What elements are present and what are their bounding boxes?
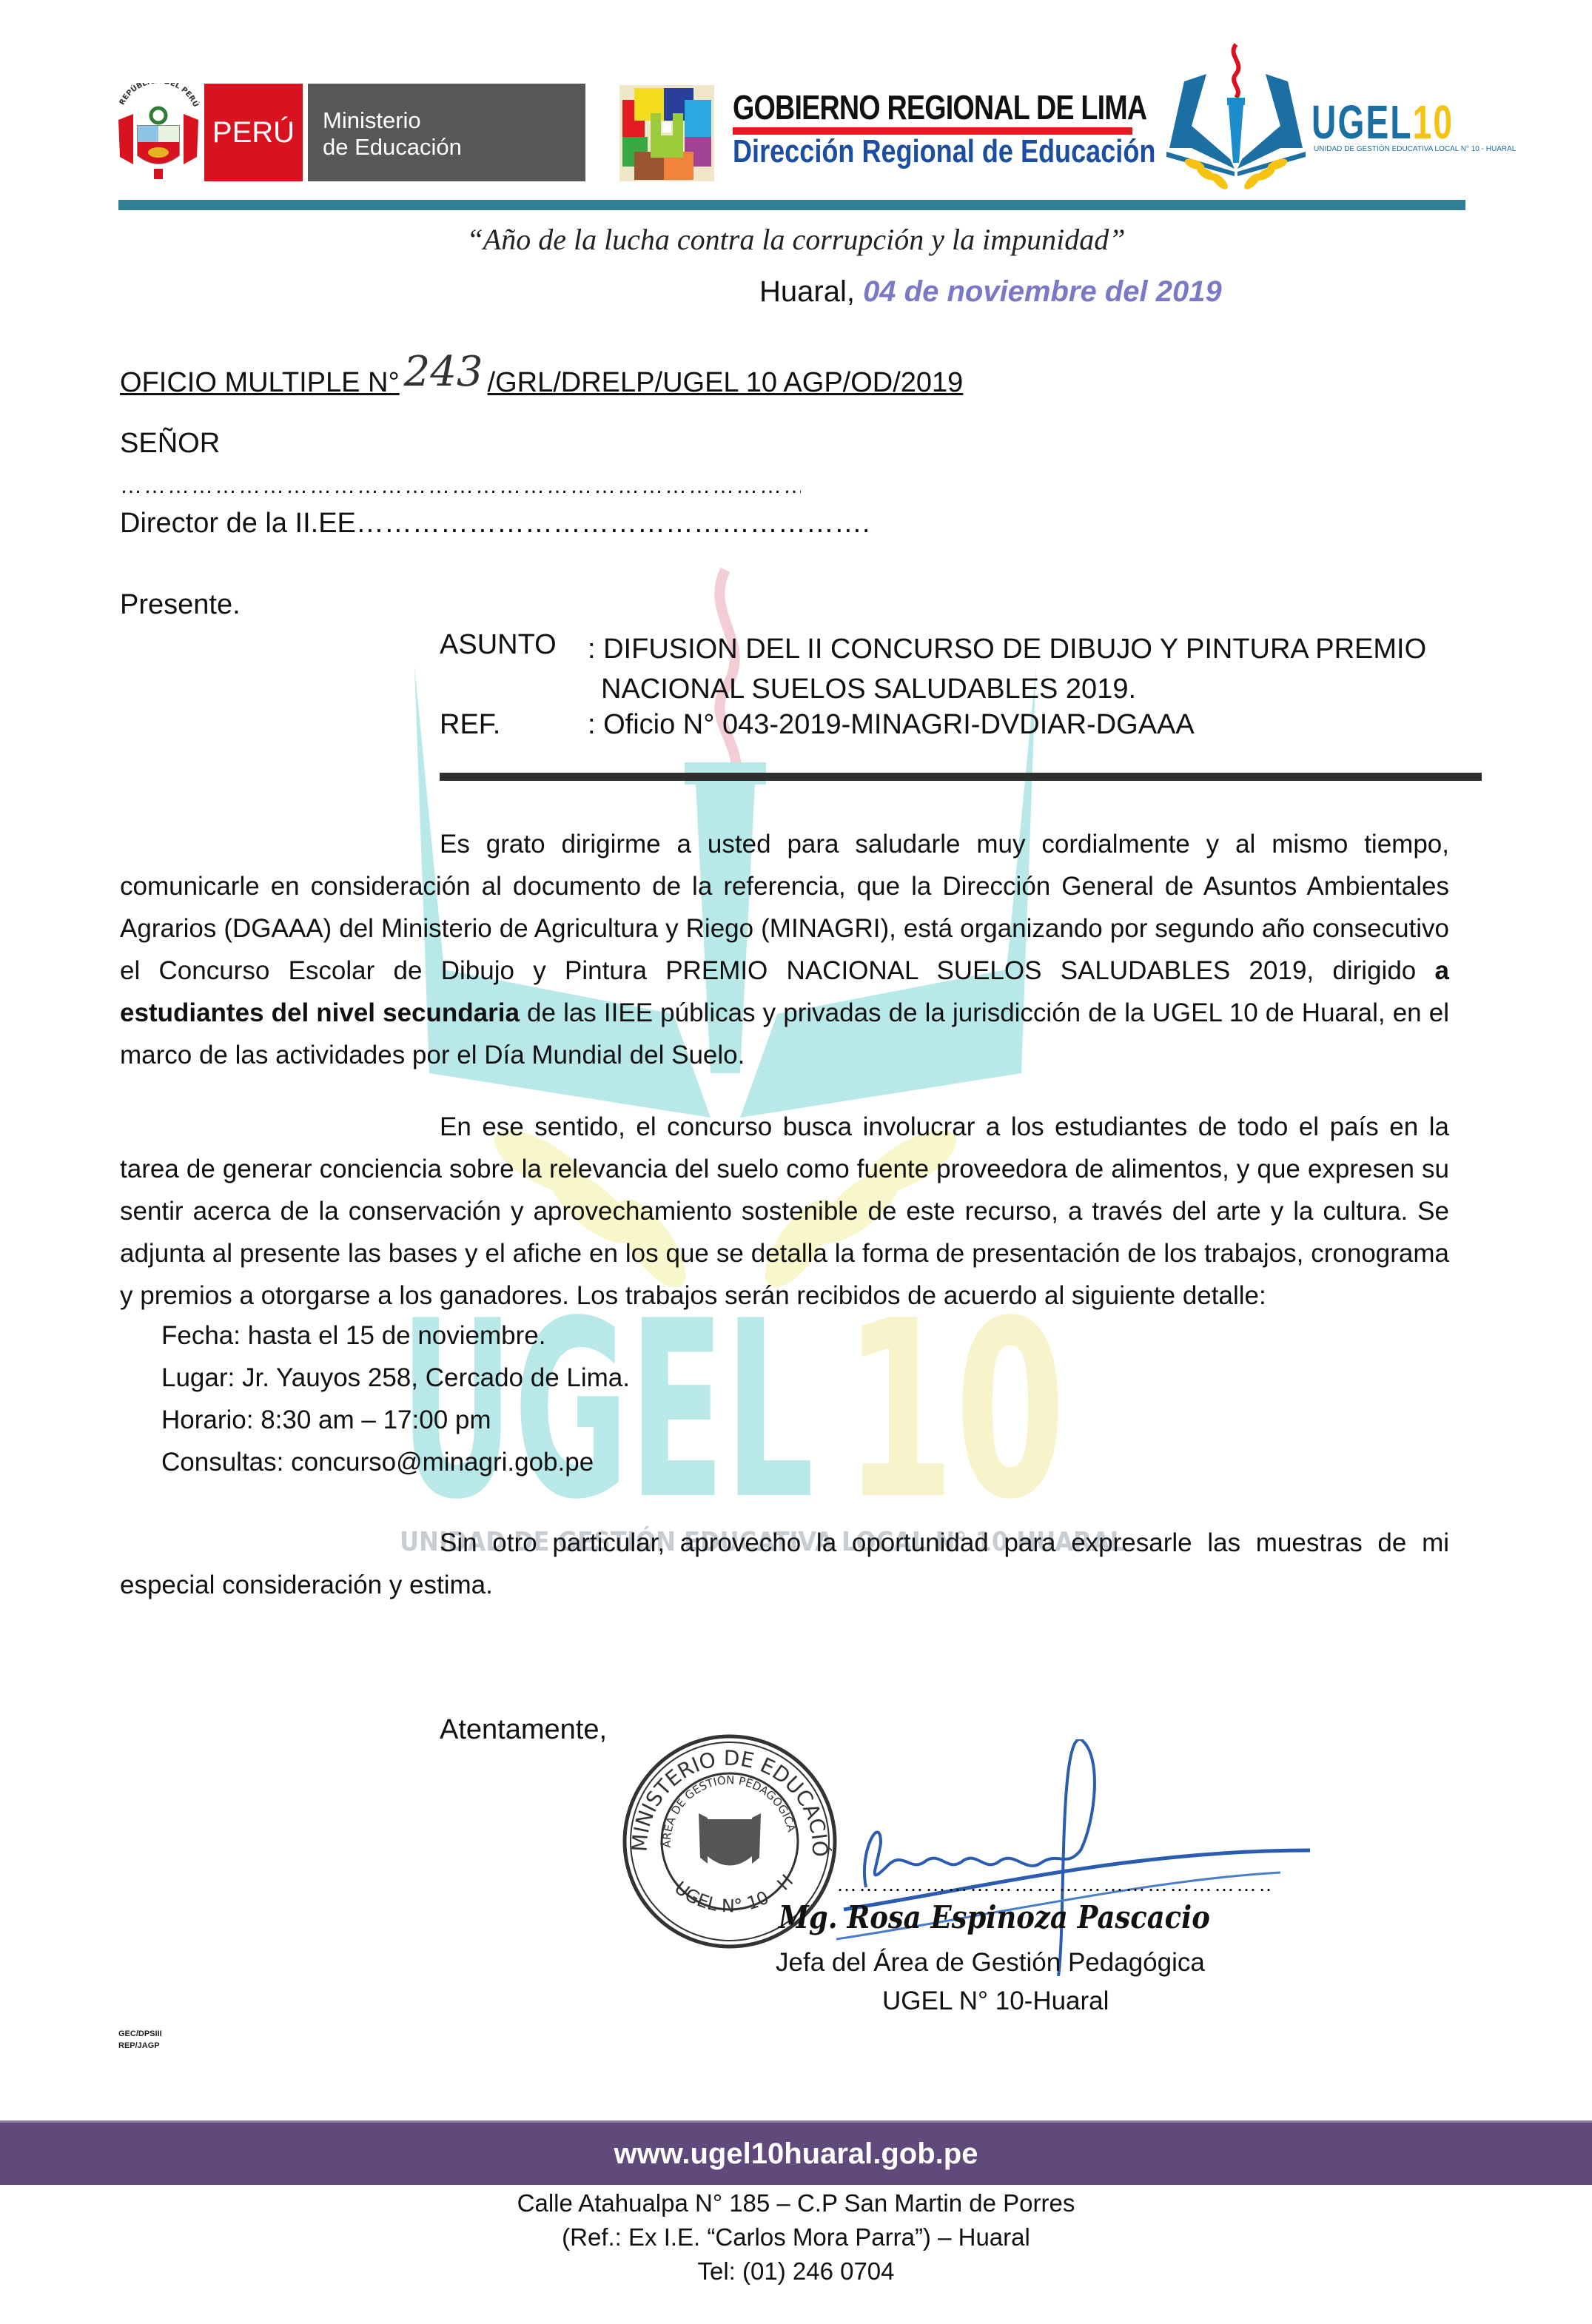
date-place: Huaral, bbox=[759, 275, 863, 308]
regional-government-logo-icon bbox=[618, 84, 716, 183]
svg-text:REPÚBLICA DEL PERÚ: REPÚBLICA DEL PERÚ bbox=[118, 83, 201, 109]
ministry-line1: Ministerio bbox=[323, 107, 585, 134]
handwritten-oficio-number: 243 bbox=[404, 348, 483, 396]
ministry-brand-box: Ministerio de Educación bbox=[308, 84, 585, 181]
footer-phone: Tel: (01) 246 0704 bbox=[0, 2257, 1592, 2286]
footer-address: Calle Atahualpa N° 185 – C.P San Martin … bbox=[0, 2189, 1592, 2217]
submission-details: Fecha: hasta el 15 de noviembre. Lugar: … bbox=[161, 1314, 630, 1483]
body-paragraph-1: Es grato dirigirme a usted para saludarl… bbox=[120, 823, 1449, 1076]
presente-label: Presente. bbox=[120, 589, 241, 621]
header-divider bbox=[118, 200, 1465, 210]
ministry-line2: de Educación bbox=[323, 134, 585, 161]
reference-initials: GEC/DPSIII REP/JAGP bbox=[118, 2028, 162, 2052]
contact-email[interactable]: concurso@minagri.gob.pe bbox=[283, 1448, 594, 1477]
ref-label: REF. bbox=[440, 709, 500, 741]
date-day: 04 de noviembre del 2019 bbox=[863, 275, 1222, 308]
document-date: Huaral, 04 de noviembre del 2019 bbox=[759, 275, 1222, 309]
signature-line: ………………………………………………………………… bbox=[836, 1873, 1273, 1896]
body-paragraph-2: En ese sentido, el concurso busca involu… bbox=[120, 1106, 1449, 1317]
year-motto: “Año de la lucha contra la corrupción y … bbox=[0, 222, 1592, 257]
salutation: SEÑOR bbox=[120, 428, 220, 460]
detail-consultas: Consultas: concurso@minagri.gob.pe bbox=[161, 1441, 630, 1483]
addressee-blank-line: ……………………………………………………………………………… bbox=[120, 474, 801, 499]
peru-brand-box: PERÚ bbox=[204, 84, 303, 181]
footer-reference: (Ref.: Ex I.E. “Carlos Mora Parra”) – Hu… bbox=[0, 2223, 1592, 2251]
ref-value: : Oficio N° 043-2019-MINAGRI-DVDIAR-DGAA… bbox=[588, 709, 1195, 741]
signer-organization: UGEL N° 10-Huaral bbox=[882, 1987, 1109, 2016]
body-paragraph-3: Sin otro particular, aprovecho la oportu… bbox=[120, 1522, 1449, 1606]
oficio-number-line: OFICIO MULTIPLE N°243/GRL/DRELP/UGEL 10 … bbox=[120, 354, 963, 402]
ugel-book-torch-logo-icon bbox=[1162, 37, 1310, 192]
handwritten-signature-icon bbox=[836, 1739, 1325, 1976]
asunto-value: : DIFUSION DEL II CONCURSO DE DIBUJO Y P… bbox=[588, 629, 1476, 709]
regional-education-subtitle: Dirección Regional de Educación bbox=[733, 133, 1155, 170]
peru-label: PERÚ bbox=[212, 116, 295, 150]
asunto-label: ASUNTO bbox=[440, 629, 557, 661]
peru-coat-of-arms-icon: REPÚBLICA DEL PERÚ bbox=[111, 83, 206, 181]
closing-atentamente: Atentamente, bbox=[440, 1714, 607, 1746]
subject-divider bbox=[440, 773, 1482, 781]
ugel-tagline: UNIDAD DE GESTIÓN EDUCATIVA LOCAL N° 10 … bbox=[1314, 145, 1516, 153]
signer-role: Jefa del Área de Gestión Pedagógica bbox=[776, 1948, 1205, 1978]
regional-government-title: GOBIERNO REGIONAL DE LIMA bbox=[733, 87, 1146, 127]
addressee-director-line: Director de la II.EE………………………………………………. bbox=[120, 508, 870, 540]
signer-name: Mg. Rosa Espinoza Pascacio bbox=[779, 1899, 1210, 1935]
detail-lugar: Lugar: Jr. Yauyos 258, Cercado de Lima. bbox=[161, 1357, 630, 1399]
footer-bar: www.ugel10huaral.gob.pe bbox=[0, 2120, 1592, 2185]
footer-website-link[interactable]: www.ugel10huaral.gob.pe bbox=[614, 2137, 978, 2171]
detail-horario: Horario: 8:30 am – 17:00 pm bbox=[161, 1399, 630, 1441]
ugel-wordmark: UGEL10 bbox=[1311, 95, 1454, 150]
detail-fecha: Fecha: hasta el 15 de noviembre. bbox=[161, 1314, 630, 1357]
